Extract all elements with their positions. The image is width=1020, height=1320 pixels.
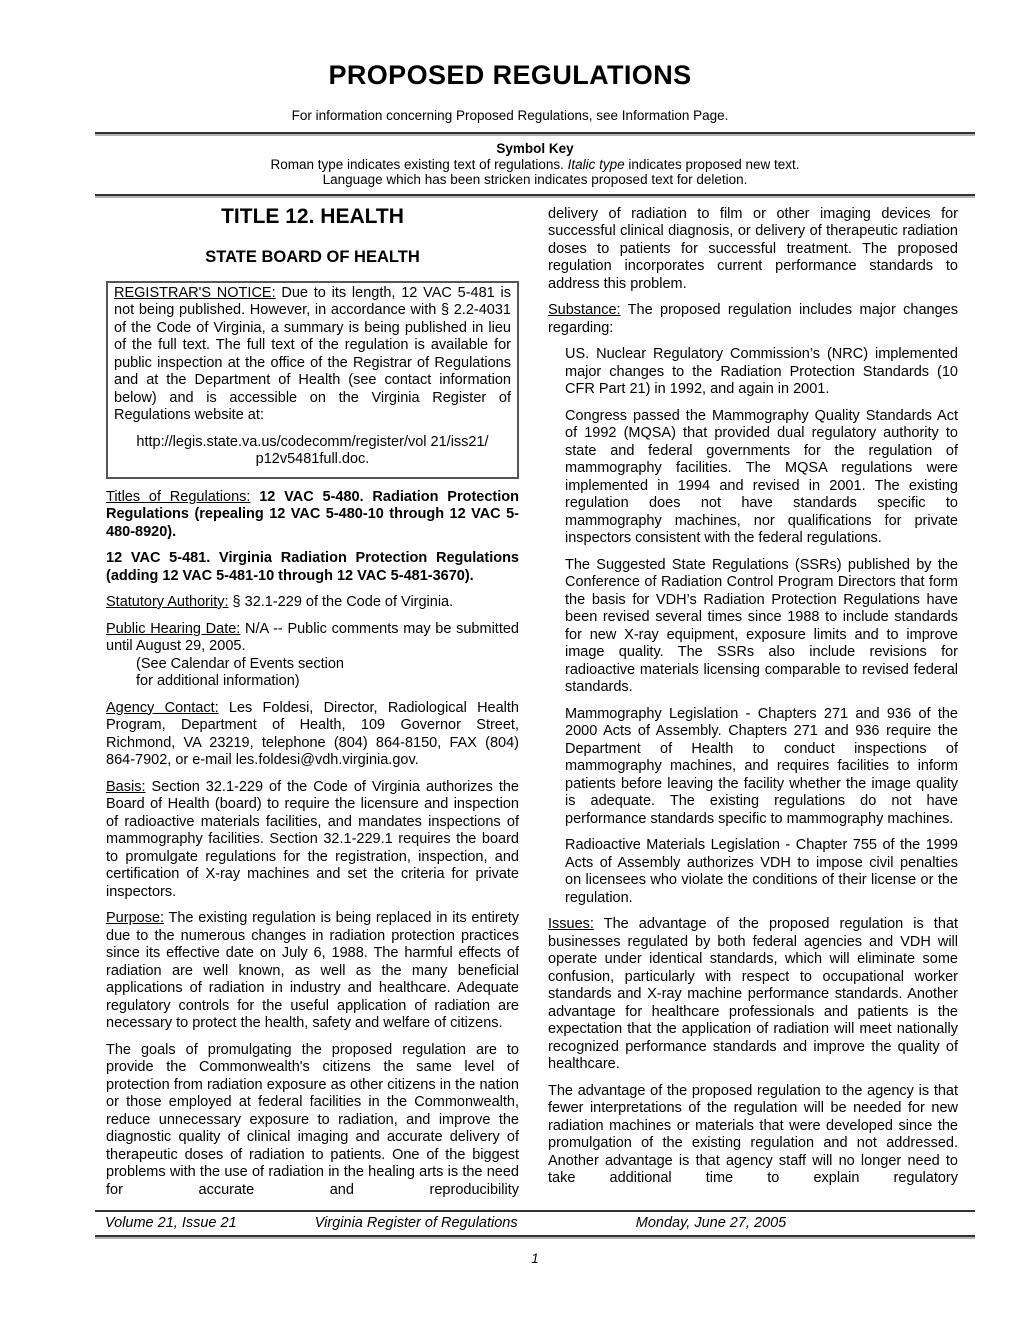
text-segment: The advantage of the proposed regulation… (548, 916, 958, 1072)
substance: Substance: The proposed regulation inclu… (548, 302, 958, 337)
left-paragraphs: Titles of Regulations: 12 VAC 5-480. Rad… (106, 489, 519, 1200)
text-segment: § 32.1-229 of the Code of Virginia. (229, 594, 454, 610)
content-columns: TITLE 12. HEALTH STATE BOARD OF HEALTH R… (106, 206, 958, 1209)
page-subtitle: For information concerning Proposed Regu… (0, 108, 1020, 123)
symbol-key-italic-text: Italic type (568, 157, 625, 172)
text-segment: Congress passed the Mammography Quality … (565, 408, 958, 547)
page-title: PROPOSED REGULATIONS (0, 60, 1020, 91)
text-segment: US. Nuclear Regulatory Commission’s (NRC… (565, 346, 958, 397)
title-12vac5-481: 12 VAC 5-481. Virginia Radiation Protect… (106, 550, 519, 585)
text-segment: Mammography Legislation - Chapters 271 a… (565, 706, 958, 827)
registrars-notice-box: REGISTRAR'S NOTICE: Due to its length, 1… (106, 281, 519, 479)
footer-row: Volume 21, Issue 21 Virginia Register of… (95, 1212, 975, 1234)
section-label: Basis: (106, 779, 146, 795)
note-line: (See Calendar of Events section (136, 656, 519, 674)
registrars-notice-body: Due to its length, 12 VAC 5-481 is not b… (114, 285, 511, 424)
substance-item-mqsa: Congress passed the Mammography Quality … (565, 408, 958, 548)
symbol-key-heading: Symbol Key (95, 141, 975, 157)
right-column: delivery of radiation to film or other i… (548, 206, 958, 1209)
symbol-key: Symbol Key Roman type indicates existing… (95, 136, 975, 194)
document-page: PROPOSED REGULATIONS For information con… (0, 0, 1020, 1320)
text-segment: Radioactive Materials Legislation - Chap… (565, 837, 958, 906)
agency-contact: Agency Contact: Les Foldesi, Director, R… (106, 700, 519, 770)
text-segment: 12 VAC 5-481. Virginia Radiation Protect… (106, 550, 519, 584)
text-segment: The advantage of the proposed regulation… (548, 1083, 958, 1187)
footer-rule-bottom (95, 1235, 975, 1239)
symbol-key-roman-text: Roman type indicates existing text of re… (270, 157, 567, 172)
agency-advantage: The advantage of the proposed regulation… (548, 1083, 958, 1188)
regulation-url-line1: http://legis.state.va.us/codecomm/regist… (136, 434, 488, 450)
basis: Basis: Section 32.1-229 of the Code of V… (106, 779, 519, 902)
footer-publication: Virginia Register of Regulations (315, 1215, 518, 1231)
section-label: Purpose: (106, 910, 164, 926)
text-segment: The existing regulation is being replace… (106, 910, 519, 1031)
section-label: Titles of Regulations: (106, 489, 250, 505)
text-segment: The goals of promulgating the proposed r… (106, 1042, 519, 1198)
left-column: TITLE 12. HEALTH STATE BOARD OF HEALTH R… (106, 206, 519, 1209)
goals: The goals of promulgating the proposed r… (106, 1042, 519, 1200)
symbol-key-line2: Language which has been stricken indicat… (95, 172, 975, 188)
regulation-url-line2: p12v5481full.doc. (256, 451, 370, 467)
substance-item-nrc: US. Nuclear Regulatory Commission’s (NRC… (565, 346, 958, 399)
text-segment: Section 32.1-229 of the Code of Virginia… (106, 779, 519, 900)
issues: Issues: The advantage of the proposed re… (548, 916, 958, 1074)
text-segment: delivery of radiation to film or other i… (548, 206, 958, 292)
substance-item-mammography-legislation: Mammography Legislation - Chapters 271 a… (565, 706, 958, 829)
masthead: PROPOSED REGULATIONS For information con… (0, 0, 1020, 123)
regulation-url: http://legis.state.va.us/codecomm/regist… (114, 434, 511, 469)
board-heading: STATE BOARD OF HEALTH (106, 249, 519, 267)
substance-item-radioactive-legislation: Radioactive Materials Legislation - Chap… (565, 837, 958, 907)
text-segment: The Suggested State Regulations (SSRs) p… (565, 557, 958, 696)
section-label: Public Hearing Date: (106, 621, 240, 637)
symbol-key-line1: Roman type indicates existing text of re… (95, 157, 975, 173)
titles-of-regulations: Titles of Regulations: 12 VAC 5-480. Rad… (106, 489, 519, 542)
right-paragraphs: delivery of radiation to film or other i… (548, 206, 958, 1188)
note-line: for additional information) (136, 673, 519, 691)
horizontal-rule (95, 194, 975, 198)
section-label: Statutory Authority: (106, 594, 229, 610)
section-label: Issues: (548, 916, 594, 932)
registrars-notice-label: REGISTRAR'S NOTICE: (114, 285, 276, 301)
continuation-paragraph: delivery of radiation to film or other i… (548, 206, 958, 294)
substance-item-ssr: The Suggested State Regulations (SSRs) p… (565, 557, 958, 697)
page-number: 1 (95, 1251, 975, 1266)
statutory-authority: Statutory Authority: § 32.1-229 of the C… (106, 594, 519, 612)
footer-volume: Volume 21, Issue 21 (105, 1215, 237, 1231)
section-label: Substance: (548, 302, 621, 318)
purpose: Purpose: The existing regulation is bein… (106, 910, 519, 1033)
title-heading: TITLE 12. HEALTH (106, 208, 519, 226)
public-hearing-date: Public Hearing Date: N/A -- Public comme… (106, 621, 519, 691)
section-label: Agency Contact: (106, 700, 219, 716)
footer-date: Monday, June 27, 2005 (636, 1215, 786, 1231)
page-footer: Volume 21, Issue 21 Virginia Register of… (95, 1210, 975, 1266)
symbol-key-rest-text: indicates proposed new text. (625, 157, 800, 172)
